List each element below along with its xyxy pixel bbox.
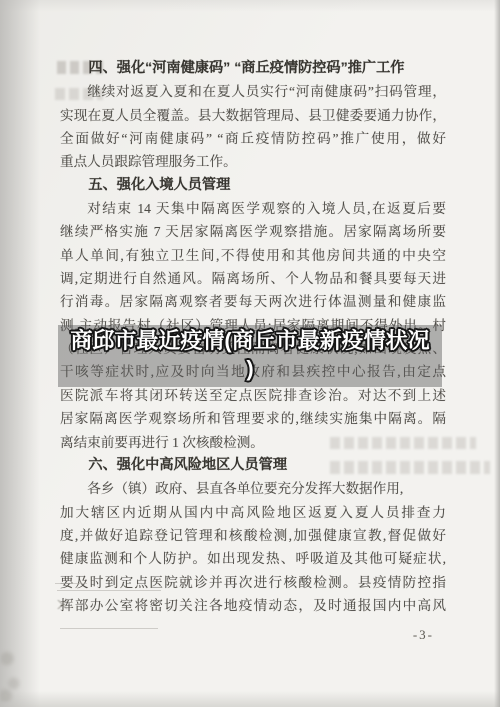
caption-title-line-2: ) xyxy=(0,355,500,383)
document-line: 调,定期进行自然通风。隔离场所、个人物品和餐具要每天进 xyxy=(60,267,446,290)
document-line: 挥部办公室将密切关注各地疫情动态，及时通报国内中高风 xyxy=(60,594,446,617)
document-line: 全面做好“河南健康码” “商丘疫情防控码”推广使用，做好 xyxy=(60,127,446,150)
document-line: 居家隔离医学观察场所和管理要求的,继续实施集中隔离。隔 xyxy=(60,407,446,430)
document-line: 医院派车将其闭环转送至定点医院排查诊治。对达不到上述 xyxy=(60,384,446,407)
document-line: 实现在夏人员全覆盖。县大数据管理局、县卫健委要通力协作， xyxy=(60,104,446,127)
section-heading-5: 五、强化入境人员管理 xyxy=(60,174,446,197)
scan-artifact-corner xyxy=(0,640,34,702)
document-line: 单人单间,有独立卫生间,不得使用和其他房间共通的中央空 xyxy=(60,244,446,267)
scan-artifact-line xyxy=(60,628,158,629)
document-line: 继续对返夏入夏和在夏人员实行“河南健康码”扫码管理， xyxy=(60,80,446,103)
document-line: 对结束 14 天集中隔离医学观察的入境人员,在返夏后要 xyxy=(60,197,446,220)
document-line: 各乡（镇）政府、县直各单位要充分发挥大数据作用, xyxy=(60,477,446,500)
document-line: 要及时到定点医院就诊并再次进行核酸检测。县疫情防控指 xyxy=(60,571,446,594)
document-line: 离结束前要再进行 1 次核酸检测。 xyxy=(60,431,446,454)
document-line: 加大辖区内近期从国内中高风险地区返夏入夏人员排查力 xyxy=(60,501,446,524)
section-heading-4: 四、强化“河南健康码” “商丘疫情防控码”推广工作 xyxy=(60,57,446,80)
document-line: 继续严格实施 7 天居家隔离医学观察措施。居家隔离场所要 xyxy=(60,220,446,243)
document-line: 重点人员跟踪管理服务工作。 xyxy=(60,150,446,173)
page-number: -3- xyxy=(413,627,434,643)
caption-title-line-1: 商邱市最近疫情(商丘市最新疫情状况 xyxy=(0,327,500,355)
document-line: 行消毒。居家隔离观察者要每天两次进行体温测量和健康监 xyxy=(60,290,446,313)
caption-overlay-title: 商邱市最近疫情(商丘市最新疫情状况 ) xyxy=(0,327,500,382)
document-line: 健康监测和个人防护。如出现发热、呼吸道及其他可疑症状, xyxy=(60,547,446,570)
section-heading-6: 六、强化中高风险地区人员管理 xyxy=(60,454,446,477)
document-line: 度,并做好追踪登记管理和核酸检测,加强健康宣教,督促做好 xyxy=(60,524,446,547)
